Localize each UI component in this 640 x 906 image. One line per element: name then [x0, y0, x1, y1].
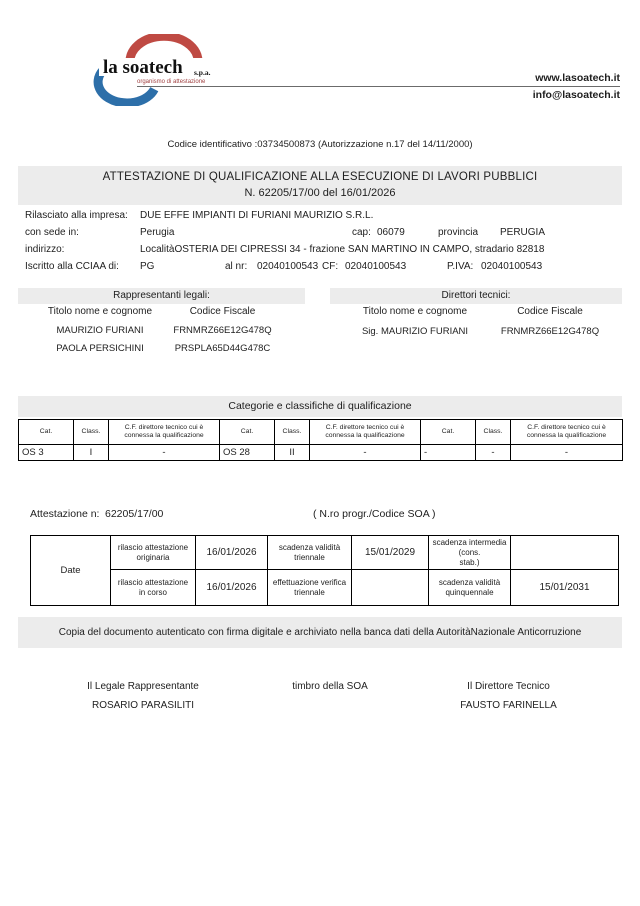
logo-name: la soatech [103, 57, 183, 78]
date-cell-label: effettuazione verifica triennale [268, 570, 352, 606]
address-value: LocalitàOSTERIA DEI CIPRESSI 34 - frazio… [140, 244, 544, 255]
tech-director-cf: FRNMRZ66E12G478Q [480, 326, 620, 337]
tech-director-name: Sig. MAURIZIO FURIANI [335, 326, 495, 337]
class-col-header: Class. [275, 420, 310, 445]
cf-value: 02040100543 [345, 261, 406, 272]
alnr-value: 02040100543 [257, 261, 318, 272]
cf-value: - [511, 445, 623, 461]
date-cell-value: 15/01/2031 [511, 570, 619, 606]
categories-title: Categorie e classifiche di qualificazion… [18, 396, 622, 417]
document-title: ATTESTAZIONE DI QUALIFICAZIONE ALLA ESEC… [18, 171, 622, 183]
class-col-header: Class. [476, 420, 511, 445]
tech-directors-col-cf: Codice Fiscale [480, 306, 620, 317]
cf-label: CF: [322, 261, 338, 272]
categories-data-row: OS 3 I - OS 28 II - - - - [19, 445, 623, 461]
province-label: provincia [438, 227, 478, 238]
category-value: - [421, 445, 476, 461]
address-label: indirizzo: [25, 244, 64, 255]
document-number: N. 62205/17/00 del 16/01/2026 [18, 187, 622, 199]
cat-col-header: Cat. [421, 420, 476, 445]
cf-col-header: C.F. direttore tecnico cui è connessa la… [109, 420, 220, 445]
legal-representative-name: ROSARIO PARASILITI [58, 700, 228, 711]
cf-col-header: C.F. direttore tecnico cui è connessa la… [310, 420, 421, 445]
categories-header-row: Cat. Class. C.F. direttore tecnico cui è… [19, 420, 623, 445]
category-value: OS 28 [220, 445, 275, 461]
dates-row: rilascio attestazione in corso 16/01/202… [31, 570, 619, 606]
tech-directors-header: Direttori tecnici: [330, 288, 622, 304]
class-value: II [275, 445, 310, 461]
date-cell-value: 16/01/2026 [196, 570, 268, 606]
header-divider [137, 86, 620, 87]
cciaa-value: PG [140, 261, 154, 272]
date-cell-value: 16/01/2026 [196, 536, 268, 570]
cat-col-header: Cat. [220, 420, 275, 445]
cciaa-label: Iscritto alla CCIAA di: [25, 261, 119, 272]
attestation-note: ( N.ro progr./Codice SOA ) [313, 508, 436, 520]
date-cell-value [511, 536, 619, 570]
alnr-label: al nr: [225, 261, 247, 272]
legal-reps-col-cf: Codice Fiscale [155, 306, 290, 317]
piva-value: 02040100543 [481, 261, 542, 272]
soatech-logo-icon: la soatech s.p.a. organismo di attestazi… [93, 34, 229, 106]
identification-code: Codice identificativo :03734500873 (Auto… [0, 139, 640, 150]
legal-reps-header: Rappresentanti legali: [18, 288, 305, 304]
logo-tagline: organismo di attestazione [137, 79, 206, 85]
piva-label: P.IVA: [447, 261, 473, 272]
legal-rep-cf: FRNMRZ66E12G478Q [155, 325, 290, 336]
company-name: DUE EFFE IMPIANTI DI FURIANI MAURIZIO S.… [140, 210, 373, 221]
cf-col-header: C.F. direttore tecnico cui è connessa la… [511, 420, 623, 445]
class-col-header: Class. [74, 420, 109, 445]
technical-director-title: Il Direttore Tecnico [421, 681, 596, 692]
date-cell-label: rilascio attestazione in corso [111, 570, 196, 606]
class-value: - [476, 445, 511, 461]
seat-value: Perugia [140, 227, 174, 238]
province-value: PERUGIA [500, 227, 545, 238]
cf-value: - [310, 445, 421, 461]
website-link[interactable]: www.lasoatech.it [440, 72, 620, 84]
dates-row: Date rilascio attestazione originaria 16… [31, 536, 619, 570]
tech-directors-col-name: Titolo nome e cognome [335, 306, 495, 317]
seat-label: con sede in: [25, 227, 79, 238]
date-cell-label: rilascio attestazione originaria [111, 536, 196, 570]
issued-to-label: Rilasciato alla impresa: [25, 210, 128, 221]
cap-value: 06079 [377, 227, 405, 238]
dates-row-label: Date [31, 536, 111, 606]
attestation-number: 62205/17/00 [105, 508, 163, 520]
category-value: OS 3 [19, 445, 74, 461]
legal-rep-cf: PRSPLA65D44G478C [155, 343, 290, 354]
class-value: I [74, 445, 109, 461]
logo-suffix: s.p.a. [194, 68, 211, 77]
dates-table: Date rilascio attestazione originaria 16… [30, 535, 619, 606]
title-band: ATTESTAZIONE DI QUALIFICAZIONE ALLA ESEC… [18, 166, 622, 205]
date-cell-label: scadenza validità triennale [268, 536, 352, 570]
cap-label: cap: [352, 227, 371, 238]
date-cell-label: scadenza intermedia (cons. stab.) [429, 536, 511, 570]
legal-representative-title: Il Legale Rappresentante [58, 681, 228, 692]
categories-table: Cat. Class. C.F. direttore tecnico cui è… [18, 419, 623, 461]
email-link[interactable]: info@lasoatech.it [440, 89, 620, 101]
date-cell-value [352, 570, 429, 606]
document-page: la soatech s.p.a. organismo di attestazi… [0, 0, 640, 906]
date-cell-label: scadenza validità quinquennale [429, 570, 511, 606]
attestation-label: Attestazione n: [30, 508, 99, 520]
cf-value: - [109, 445, 220, 461]
soa-stamp-label: timbro della SOA [255, 681, 405, 692]
authenticity-statement: Copia del documento autenticato con firm… [18, 617, 622, 648]
cat-col-header: Cat. [19, 420, 74, 445]
date-cell-value: 15/01/2029 [352, 536, 429, 570]
technical-director-name: FAUSTO FARINELLA [421, 700, 596, 711]
